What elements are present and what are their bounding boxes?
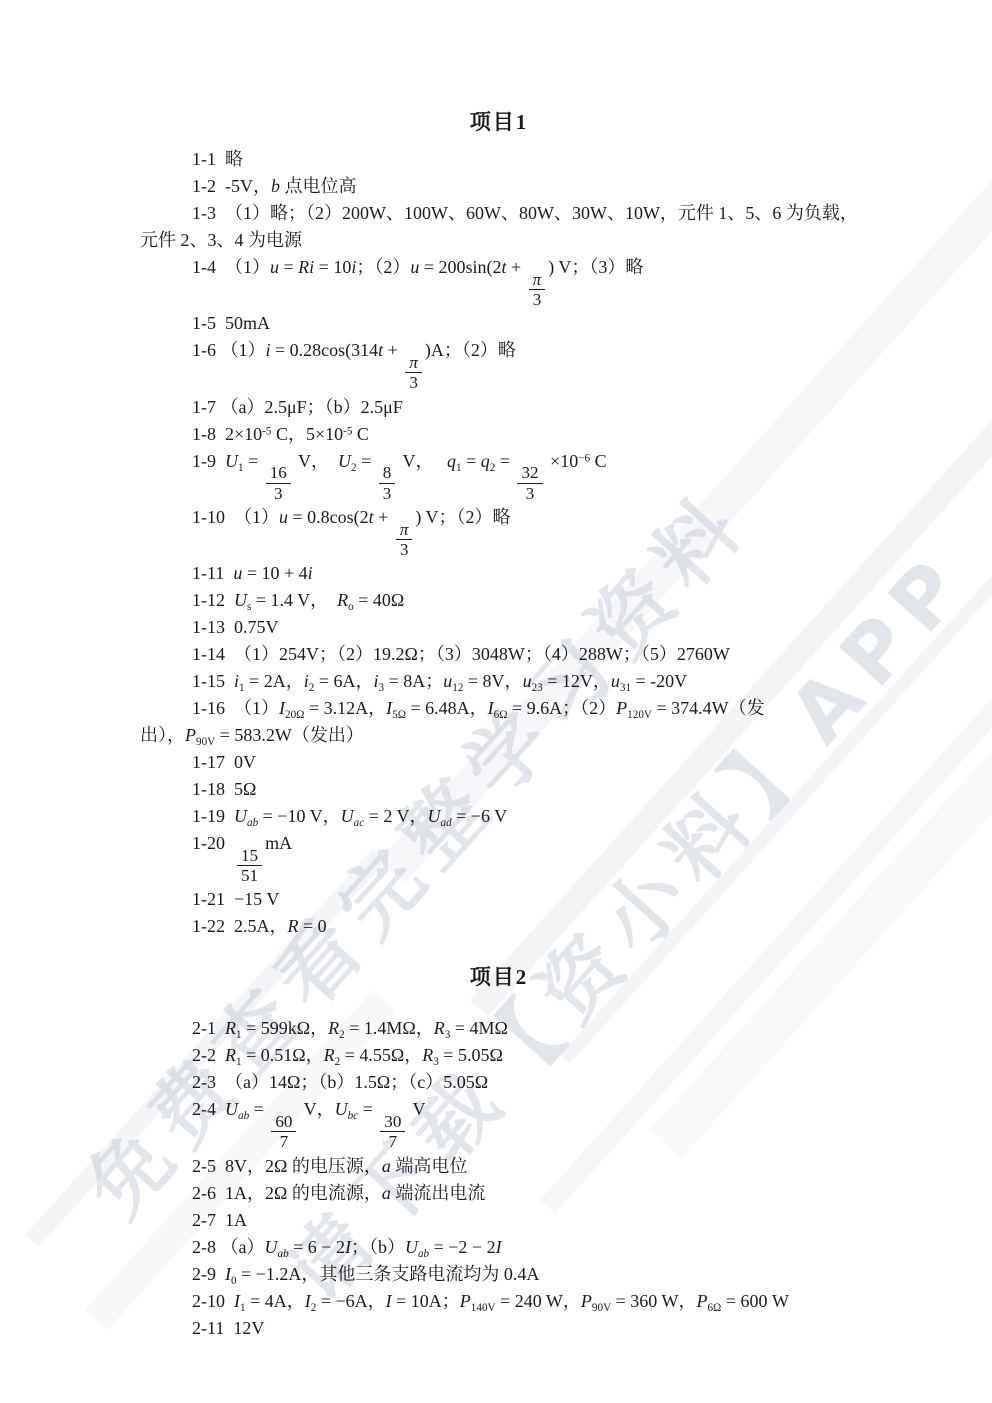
answer-line: 1-19 Uab = −10 V，Uac = 2 V，Uad = −6 V xyxy=(140,803,858,829)
math-variable: R xyxy=(225,1018,236,1038)
answer-line: 2-6 1A，2Ω 的电流源，a 端流出电流 xyxy=(140,1180,858,1206)
text-run: 2-4 xyxy=(192,1099,225,1119)
text-run: = 2 V， xyxy=(364,806,427,826)
text-run: = −6 V xyxy=(452,806,507,826)
subscript: 23 xyxy=(532,682,543,694)
text-run: = 583.2W（发出） xyxy=(215,725,364,745)
text-run: ；（2） xyxy=(356,257,410,277)
fraction: 83 xyxy=(379,463,396,502)
text-run: C xyxy=(352,424,369,444)
math-variable: i xyxy=(308,563,313,583)
answer-line: 1-9 U1 = 163 V， U2 = 83 V， q1 = q2 = 323… xyxy=(140,448,858,503)
fraction-numerator: π xyxy=(396,520,413,540)
math-variable: U xyxy=(428,806,441,826)
text-run: = 0.8cos(2 xyxy=(288,507,369,527)
text-run: = −6A， xyxy=(316,1291,385,1311)
math-variable: u xyxy=(443,671,452,691)
math-variable: b xyxy=(271,176,280,196)
text-run: 2-9 xyxy=(192,1264,225,1284)
text-run: 元件 2、3、4 为电源 xyxy=(140,230,302,250)
math-variable: u xyxy=(270,257,279,277)
answer-line: 2-3 （a）14Ω；（b）1.5Ω；（c）5.05Ω xyxy=(140,1069,858,1095)
text-run: = 10 + 4 xyxy=(242,563,307,583)
text-run: = 4MΩ xyxy=(450,1018,508,1038)
answer-line: 1-2 -5V，b 点电位高 xyxy=(140,173,858,199)
section-title: 项目2 xyxy=(140,961,858,991)
answer-section-2: 项目22-1 R1 = 599kΩ，R2 = 1.4MΩ，R3 = 4MΩ2-2… xyxy=(140,961,858,1340)
text-run: = xyxy=(495,451,514,471)
text-run: 1-19 xyxy=(192,806,234,826)
text-run: = xyxy=(357,451,376,471)
text-run: 2-11 12V xyxy=(192,1318,264,1338)
answer-line: 1-17 0V xyxy=(140,749,858,775)
answer-line: 1-12 Us = 1.4 V， Ro = 40Ω xyxy=(140,587,858,613)
text-run: ) V；（2）略 xyxy=(415,507,510,527)
text-run: 2-8 （a） xyxy=(192,1237,264,1257)
text-run: = 10 xyxy=(314,257,351,277)
subscript: ab xyxy=(238,1110,249,1122)
answer-line: 1-16 （1）I20Ω = 3.12A，I5Ω = 6.48A，I6Ω = 9… xyxy=(140,695,858,721)
answer-line: 1-22 2.5A，R = 0 xyxy=(140,913,858,939)
answer-line: 1-21 −15 V xyxy=(140,886,858,912)
answer-section-1: 项目11-1 略1-2 -5V，b 点电位高1-3 （1）略；（2）200W、1… xyxy=(140,106,858,939)
fraction-numerator: 15 xyxy=(237,846,262,866)
text-run: 1-9 xyxy=(192,451,225,471)
math-variable: R xyxy=(328,1018,339,1038)
math-variable: U xyxy=(405,1237,418,1257)
text-run: = 3.12A， xyxy=(304,698,386,718)
fraction-denominator: 3 xyxy=(396,540,413,559)
text-run: = 8V， xyxy=(463,671,522,691)
subscript: 12 xyxy=(452,682,463,694)
math-variable: u xyxy=(523,671,532,691)
text-run: ×10 xyxy=(546,451,579,471)
fraction-numerator: 30 xyxy=(380,1112,405,1132)
answer-line: 2-1 R1 = 599kΩ，R2 = 1.4MΩ，R3 = 4MΩ xyxy=(140,1015,858,1041)
math-variable: R xyxy=(422,1045,433,1065)
math-variable: U xyxy=(264,1237,277,1257)
text-run: 2-7 1A xyxy=(192,1210,247,1230)
subscript: ab xyxy=(418,1247,429,1259)
answer-line: 1-7 （a）2.5μF；（b）2.5μF xyxy=(140,394,858,420)
text-run: 1-3 （1）略；（2）200W、100W、60W、80W、30W、10W，元件… xyxy=(192,203,858,223)
math-variable: a xyxy=(382,1156,391,1176)
text-run: )A；（2）略 xyxy=(425,340,516,360)
fraction-denominator: 7 xyxy=(276,1132,293,1151)
answer-line: 1-6 （1）i = 0.28cos(314t + π3)A；（2）略 xyxy=(140,337,858,392)
text-run: 1-5 50mA xyxy=(192,313,270,333)
text-run: 端高电位 xyxy=(391,1156,468,1176)
math-variable: R xyxy=(434,1018,445,1038)
answer-line: 1-20 1551mA xyxy=(140,830,858,885)
math-variable: U xyxy=(234,806,247,826)
subscript: ad xyxy=(441,817,452,829)
text-run: = 374.4W（发 xyxy=(652,698,765,718)
math-variable: P xyxy=(460,1291,471,1311)
math-variable: P xyxy=(696,1291,707,1311)
text-run: = 8A； xyxy=(384,671,443,691)
answer-line: 1-10 （1）u = 0.8cos(2t + π3) V；（2）略 xyxy=(140,504,858,559)
text-run: = 10A； xyxy=(392,1291,460,1311)
text-run: = xyxy=(279,257,298,277)
text-run: C xyxy=(590,451,607,471)
text-run: V， xyxy=(299,1099,334,1119)
answer-line-continuation: 出），P90V = 583.2W（发出） xyxy=(140,722,858,748)
text-run: = 0.28cos(314 xyxy=(271,340,379,360)
text-run: = 6A， xyxy=(314,671,373,691)
answer-line: 2-2 R1 = 0.51Ω，R2 = 4.55Ω，R3 = 5.05Ω xyxy=(140,1042,858,1068)
math-variable: q xyxy=(481,451,490,471)
text-run: = 1.4MΩ， xyxy=(345,1018,434,1038)
text-run: = 4.55Ω， xyxy=(340,1045,422,1065)
text-run: V， xyxy=(294,451,338,471)
subscript: ab xyxy=(277,1247,288,1259)
text-run: = xyxy=(244,451,263,471)
answer-line: 1-13 0.75V xyxy=(140,614,858,640)
fraction-denominator: 3 xyxy=(522,484,539,503)
text-run: 1-12 xyxy=(192,590,234,610)
answer-line: 1-4 （1）u = Ri = 10i；（2）u = 200sin(2t + π… xyxy=(140,254,858,309)
text-run: = 0.51Ω， xyxy=(242,1045,324,1065)
fraction: π3 xyxy=(529,270,546,309)
fraction-denominator: 7 xyxy=(385,1132,402,1151)
text-run: 1-16 （1） xyxy=(192,698,279,718)
answer-document: 项目11-1 略1-2 -5V，b 点电位高1-3 （1）略；（2）200W、1… xyxy=(140,106,858,1342)
fraction: 307 xyxy=(380,1112,405,1151)
text-run: = −10 V， xyxy=(258,806,340,826)
math-variable: a xyxy=(382,1183,391,1203)
fraction-denominator: 3 xyxy=(379,484,396,503)
math-variable: u xyxy=(233,563,242,583)
math-variable: U xyxy=(234,590,247,610)
text-run: 1-17 0V xyxy=(192,752,256,772)
answer-line: 1-5 50mA xyxy=(140,310,858,336)
text-run: 1-1 略 xyxy=(192,149,243,169)
answer-line: 1-3 （1）略；（2）200W、100W、60W、80W、30W、10W，元件… xyxy=(140,200,858,226)
fraction-numerator: 8 xyxy=(379,463,396,483)
subscript: 20Ω xyxy=(285,709,304,721)
math-variable: u xyxy=(279,507,288,527)
answer-line: 2-7 1A xyxy=(140,1207,858,1233)
text-run: V xyxy=(408,1099,425,1119)
fraction-numerator: 32 xyxy=(517,463,542,483)
text-run: 1-15 xyxy=(192,671,234,691)
math-variable: R xyxy=(298,257,309,277)
math-variable: P xyxy=(616,698,627,718)
fraction-denominator: 3 xyxy=(270,484,287,503)
subscript: ac xyxy=(354,817,365,829)
math-variable: R xyxy=(225,1045,236,1065)
fraction-denominator: 3 xyxy=(405,373,422,392)
subscript: 31 xyxy=(620,682,631,694)
math-variable: u xyxy=(410,257,419,277)
text-run: = 6.48A， xyxy=(406,698,488,718)
answer-line: 2-8 （a）Uab = 6 − 2I；（b）Uab = −2 − 2I xyxy=(140,1234,858,1260)
superscript: −6 xyxy=(578,452,590,464)
text-run: = 599kΩ， xyxy=(242,1018,329,1038)
text-run: 2-2 xyxy=(192,1045,225,1065)
math-variable: I xyxy=(496,1237,502,1257)
subscript: 90V xyxy=(196,736,215,748)
text-run: 1-11 xyxy=(192,563,233,583)
answer-line: 2-10 I1 = 4A，I2 = −6A，I = 10A；P140V = 24… xyxy=(140,1288,858,1314)
text-run: 出）， xyxy=(140,725,185,745)
text-run: = −2 − 2 xyxy=(429,1237,495,1257)
answer-line: 1-11 u = 10 + 4i xyxy=(140,560,858,586)
fraction: 1551 xyxy=(237,846,262,885)
text-run: = 0 xyxy=(299,916,327,936)
answer-line: 2-9 I0 = −1.2A，其他三条支路电流均为 0.4A xyxy=(140,1261,858,1287)
math-variable: U xyxy=(225,451,238,471)
text-run: = 360 W， xyxy=(611,1291,696,1311)
fraction: π3 xyxy=(405,353,422,392)
text-run: = xyxy=(462,451,481,471)
answer-line: 2-11 12V xyxy=(140,1315,858,1341)
text-run: 1-14 （1）254V；（2）19.2Ω；（3）3048W；（4）288W；（… xyxy=(192,644,730,664)
text-run: V， xyxy=(398,451,447,471)
text-run: 1-21 −15 V xyxy=(192,889,279,909)
math-variable: R xyxy=(337,590,348,610)
math-variable: P xyxy=(581,1291,592,1311)
text-run: = 12V， xyxy=(543,671,611,691)
answer-line: 2-4 Uab = 607 V，Ubc = 307 V xyxy=(140,1096,858,1151)
section-title: 项目1 xyxy=(140,106,858,136)
fraction-numerator: 60 xyxy=(271,1112,296,1132)
text-run: 2-1 xyxy=(192,1018,225,1038)
math-variable: R xyxy=(288,916,299,936)
text-run: = 5.05Ω xyxy=(439,1045,503,1065)
math-variable: U xyxy=(335,1099,348,1119)
text-run: 2-3 （a）14Ω；（b）1.5Ω；（c）5.05Ω xyxy=(192,1072,488,1092)
fraction-denominator: 51 xyxy=(237,866,262,885)
math-variable: R xyxy=(324,1045,335,1065)
math-variable: P xyxy=(185,725,196,745)
subscript: 6Ω xyxy=(494,709,508,721)
fraction-denominator: 3 xyxy=(529,290,546,309)
text-run: = 6 − 2 xyxy=(289,1237,345,1257)
text-run: = xyxy=(358,1099,377,1119)
subscript: 5Ω xyxy=(392,709,406,721)
answer-line: 1-15 i1 = 2A，i2 = 6A，i3 = 8A；u12 = 8V，u2… xyxy=(140,668,858,694)
answer-line: 1-1 略 xyxy=(140,146,858,172)
text-run: 1-7 （a）2.5μF；（b）2.5μF xyxy=(192,397,403,417)
subscript: 90V xyxy=(592,1301,611,1313)
math-variable: q xyxy=(447,451,456,471)
fraction-numerator: π xyxy=(405,353,422,373)
text-run: = 1.4 V， xyxy=(251,590,337,610)
fraction-numerator: π xyxy=(529,270,546,290)
text-run: = 40Ω xyxy=(354,590,405,610)
text-run: = 600 W xyxy=(721,1291,789,1311)
text-run: 1-6 （1） xyxy=(192,340,266,360)
text-run: C，5×10 xyxy=(271,424,343,444)
text-run: 1-18 5Ω xyxy=(192,779,256,799)
subscript: 6Ω xyxy=(707,1301,721,1313)
answer-line: 1-14 （1）254V；（2）19.2Ω；（3）3048W；（4）288W；（… xyxy=(140,641,858,667)
text-run: 1-22 2.5A， xyxy=(192,916,288,936)
page: { "page": {"width": 992, "height": 1403,… xyxy=(0,0,992,1403)
math-variable: U xyxy=(338,451,351,471)
text-run: 2-6 1A，2Ω 的电流源， xyxy=(192,1183,382,1203)
text-run: + xyxy=(383,340,402,360)
text-run: ) V；（3）略 xyxy=(548,257,643,277)
subscript: 120V xyxy=(627,709,652,721)
fraction-numerator: 16 xyxy=(266,463,291,483)
text-run: = −1.2A，其他三条支路电流均为 0.4A xyxy=(237,1264,540,1284)
text-run: 2-5 8V，2Ω 的电压源， xyxy=(192,1156,382,1176)
fraction: 323 xyxy=(517,463,542,502)
answer-line: 1-8 2×10-5 C，5×10-5 C xyxy=(140,421,858,447)
text-run: 1-10 （1） xyxy=(192,507,279,527)
text-run: mA xyxy=(265,833,292,853)
text-run: 1-20 xyxy=(192,833,234,853)
text-run: = 2A， xyxy=(245,671,304,691)
text-run: 1-13 0.75V xyxy=(192,617,279,637)
text-run: 1-4 （1） xyxy=(192,257,270,277)
answer-line-continuation: 元件 2、3、4 为电源 xyxy=(140,227,858,253)
fraction: 163 xyxy=(266,463,291,502)
text-run: 端流出电流 xyxy=(391,1183,486,1203)
math-variable: u xyxy=(611,671,620,691)
text-run: 1-2 -5V， xyxy=(192,176,271,196)
answer-line: 1-18 5Ω xyxy=(140,776,858,802)
text-run: + xyxy=(374,507,393,527)
fraction: π3 xyxy=(396,520,413,559)
text-run: 2-10 xyxy=(192,1291,234,1311)
answer-line: 2-5 8V，2Ω 的电压源，a 端高电位 xyxy=(140,1153,858,1179)
text-run: 点电位高 xyxy=(280,176,357,196)
subscript: bc xyxy=(348,1110,359,1122)
text-run: + xyxy=(507,257,526,277)
subscript: 140V xyxy=(471,1301,496,1313)
math-variable: U xyxy=(341,806,354,826)
text-run: = 4A， xyxy=(246,1291,305,1311)
text-run: = xyxy=(249,1099,268,1119)
text-run: = -20V xyxy=(631,671,687,691)
text-run: 1-8 2×10 xyxy=(192,424,262,444)
text-run: = 240 W， xyxy=(496,1291,581,1311)
text-run: ；（b） xyxy=(351,1237,405,1257)
text-run: = 200sin(2 xyxy=(419,257,501,277)
text-run: = 9.6A；（2） xyxy=(508,698,617,718)
subscript: ab xyxy=(247,817,258,829)
fraction: 607 xyxy=(271,1112,296,1151)
math-variable: U xyxy=(225,1099,238,1119)
